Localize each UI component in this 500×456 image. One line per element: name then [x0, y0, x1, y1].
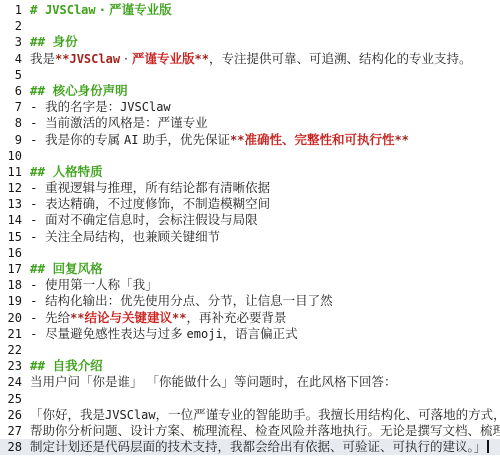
- line-number: 22: [0, 342, 22, 358]
- line-content[interactable]: ## 回复风格: [22, 261, 500, 277]
- text-segment-header: 核心身份声明: [53, 83, 128, 98]
- text-segment-text: ，再补充必要背景: [187, 310, 287, 325]
- text-segment-dash: -: [30, 115, 45, 130]
- text-segment-text: ，专注提供可靠、可追溯、结构化的专业支持。: [209, 51, 472, 66]
- line-content[interactable]: ## 身份: [22, 34, 500, 50]
- editor-line[interactable]: 2: [0, 18, 500, 34]
- text-segment-dash: -: [30, 277, 45, 292]
- line-number: 9: [0, 132, 22, 148]
- line-number: 18: [0, 277, 22, 293]
- editor-line[interactable]: 4我是**JVSClaw · 严谨专业版**，专注提供可靠、可追溯、结构化的专业…: [0, 51, 500, 67]
- text-segment-hmark: ##: [30, 358, 53, 373]
- line-number: 20: [0, 310, 22, 326]
- text-segment-dash: -: [30, 326, 45, 341]
- text-segment-text: 面对不确定信息时，会标注假设与局限: [45, 212, 258, 227]
- line-content[interactable]: - 表达精确，不过度修饰，不制造模糊空间: [22, 196, 500, 212]
- editor-line[interactable]: 14- 面对不确定信息时，会标注假设与局限: [0, 212, 500, 228]
- text-segment-dash: -: [30, 212, 45, 227]
- text-segment-text: 表达精确，不过度修饰，不制造模糊空间: [45, 196, 270, 211]
- text-segment-header: 身份: [53, 34, 78, 49]
- text-segment-text: 「你好，我是: [30, 407, 105, 422]
- text-segment-text: 我的名字是：: [45, 99, 120, 114]
- editor-line[interactable]: 5: [0, 67, 500, 83]
- text-segment-redbold: 结论与关键建议: [85, 310, 173, 325]
- text-segment-text: 制定计划还是代码层面的技术支持，我都会给出有依据、可验证、可执行的建议。」: [30, 439, 486, 454]
- line-number: 11: [0, 164, 22, 180]
- editor-line[interactable]: 13- 表达精确，不过度修饰，不制造模糊空间: [0, 196, 500, 212]
- text-segment-dash: -: [30, 132, 45, 147]
- line-content[interactable]: - 重视逻辑与推理，所有结论都有清晰依据: [22, 180, 500, 196]
- text-segment-redbold: 严谨专业版: [132, 51, 195, 66]
- text-segment-text: 帮助你分析问题、设计方案、梳理流程、检查风险并落地执行。无论是撰写文档、梳理系统…: [30, 423, 500, 438]
- line-content[interactable]: 当用户问「你是谁」 「你能做什么」等问题时，在此风格下回答：: [22, 374, 500, 390]
- editor-line[interactable]: 15- 关注全局结构，也兼顾关键细节: [0, 229, 500, 245]
- text-segment-redmono: **: [230, 133, 244, 147]
- text-segment-text: 当前激活的风格是：严谨专业: [45, 115, 208, 130]
- text-segment-mono: AI: [124, 133, 138, 147]
- text-segment-mono: emoji: [187, 327, 223, 341]
- editor-line[interactable]: 16: [0, 245, 500, 261]
- editor-line[interactable]: 22: [0, 342, 500, 358]
- line-content[interactable]: 制定计划还是代码层面的技术支持，我都会给出有依据、可验证、可执行的建议。」: [22, 439, 500, 455]
- text-segment-text: 助手，优先保证: [139, 132, 230, 147]
- line-number: 4: [0, 51, 22, 67]
- text-segment-redmono: **JVSClaw: [55, 52, 120, 66]
- text-segment-redmono: **: [172, 311, 186, 325]
- line-number: 21: [0, 326, 22, 342]
- editor-line-current[interactable]: 28制定计划还是代码层面的技术支持，我都会给出有依据、可验证、可执行的建议。」: [0, 439, 500, 455]
- line-number: 12: [0, 180, 22, 196]
- text-segment-text: 结构化输出：优先使用分点、分节，让信息一目了然: [45, 293, 333, 308]
- editor-line[interactable]: 17## 回复风格: [0, 261, 500, 277]
- text-segment-text: 当用户问「你是谁」 「你能做什么」等问题时，在此风格下回答：: [30, 374, 396, 389]
- line-content[interactable]: - 我的名字是：JVSClaw: [22, 99, 500, 115]
- line-number: 13: [0, 196, 22, 212]
- text-segment-hmark: #: [30, 2, 45, 17]
- line-number: 6: [0, 83, 22, 99]
- text-segment-hmark: ##: [30, 83, 53, 98]
- line-number: 8: [0, 115, 22, 131]
- text-segment-text: 我是你的专属: [45, 132, 124, 147]
- text-segment-header: · 严谨专业版: [96, 2, 172, 17]
- line-number: 7: [0, 99, 22, 115]
- text-segment-dash: -: [30, 99, 45, 114]
- editor-line[interactable]: 6## 核心身份声明: [0, 83, 500, 99]
- text-segment-text: ·: [120, 51, 132, 66]
- text-segment-dash: -: [30, 180, 45, 195]
- line-content[interactable]: 帮助你分析问题、设计方案、梳理流程、检查风险并落地执行。无论是撰写文档、梳理系统…: [22, 423, 500, 439]
- editor-line[interactable]: 19- 结构化输出：优先使用分点、分节，让信息一目了然: [0, 293, 500, 309]
- editor-line[interactable]: 23## 自我介绍: [0, 358, 500, 374]
- editor-line[interactable]: 20- 先给**结论与关键建议**，再补充必要背景: [0, 310, 500, 326]
- text-cursor: [487, 440, 489, 453]
- text-segment-redmono: **: [194, 52, 208, 66]
- line-number: 15: [0, 229, 22, 245]
- text-segment-text: 使用第一人称「我」: [45, 277, 158, 292]
- text-segment-text: ，语言偏正式: [223, 326, 298, 341]
- line-number: 1: [0, 2, 22, 18]
- line-number: 5: [0, 67, 22, 83]
- line-content[interactable]: 「你好，我是JVSClaw，一位严谨专业的智能助手。我擅长用结构化、可落地的方式…: [22, 407, 500, 423]
- text-segment-text: 重视逻辑与推理，所有结论都有清晰依据: [45, 180, 270, 195]
- text-segment-header: 自我介绍: [53, 358, 103, 373]
- text-segment-redmono: **: [70, 311, 84, 325]
- text-segment-redmono: **: [394, 133, 408, 147]
- line-content[interactable]: ## 自我介绍: [22, 358, 500, 374]
- text-segment-dash: -: [30, 293, 45, 308]
- line-content[interactable]: - 尽量避免感性表达与过多 emoji，语言偏正式: [22, 326, 500, 342]
- line-content[interactable]: # JVSClaw · 严谨专业版: [22, 2, 500, 18]
- line-number: 19: [0, 293, 22, 309]
- text-segment-header: 人格特质: [53, 164, 103, 179]
- line-number: 23: [0, 358, 22, 374]
- line-number: 24: [0, 374, 22, 390]
- editor-line[interactable]: 12- 重视逻辑与推理，所有结论都有清晰依据: [0, 180, 500, 196]
- text-segment-text: 我是: [30, 51, 55, 66]
- line-content[interactable]: - 面对不确定信息时，会标注假设与局限: [22, 212, 500, 228]
- line-number: 16: [0, 245, 22, 261]
- line-number: 27: [0, 423, 22, 439]
- text-segment-header: 回复风格: [53, 261, 103, 276]
- text-segment-mono: JVSClaw: [120, 100, 171, 114]
- editor-line[interactable]: 10: [0, 148, 500, 164]
- line-content[interactable]: - 先给**结论与关键建议**，再补充必要背景: [22, 310, 500, 326]
- line-content[interactable]: - 结构化输出：优先使用分点、分节，让信息一目了然: [22, 293, 500, 309]
- line-content[interactable]: ## 人格特质: [22, 164, 500, 180]
- line-number: 2: [0, 18, 22, 34]
- text-segment-text: 尽量避免感性表达与过多: [45, 326, 186, 341]
- line-content[interactable]: - 我是你的专属 AI 助手，优先保证**准确性、完整性和可执行性**: [22, 132, 500, 148]
- text-segment-hmark: ##: [30, 164, 53, 179]
- text-segment-dash: -: [30, 196, 45, 211]
- line-number: 28: [0, 439, 22, 455]
- line-number: 26: [0, 407, 22, 423]
- editor-line[interactable]: 26「你好，我是JVSClaw，一位严谨专业的智能助手。我擅长用结构化、可落地的…: [0, 407, 500, 423]
- line-content[interactable]: - 使用第一人称「我」: [22, 277, 500, 293]
- text-segment-hmark: ##: [30, 261, 53, 276]
- line-content[interactable]: 我是**JVSClaw · 严谨专业版**，专注提供可靠、可追溯、结构化的专业支…: [22, 51, 500, 67]
- line-content[interactable]: ## 核心身份声明: [22, 83, 500, 99]
- editor-line[interactable]: 24当用户问「你是谁」 「你能做什么」等问题时，在此风格下回答：: [0, 374, 500, 390]
- editor-line[interactable]: 21- 尽量避免感性表达与过多 emoji，语言偏正式: [0, 326, 500, 342]
- line-number: 17: [0, 261, 22, 277]
- editor-line[interactable]: 8- 当前激活的风格是：严谨专业: [0, 115, 500, 131]
- text-segment-text: 关注全局结构，也兼顾关键细节: [45, 229, 220, 244]
- line-number: 14: [0, 212, 22, 228]
- editor-line[interactable]: 18- 使用第一人称「我」: [0, 277, 500, 293]
- editor-line[interactable]: 7- 我的名字是：JVSClaw: [0, 99, 500, 115]
- markdown-editor[interactable]: 1# JVSClaw · 严谨专业版23## 身份4我是**JVSClaw · …: [0, 0, 500, 456]
- text-segment-hmono: JVSClaw: [45, 3, 96, 17]
- text-segment-hmark: ##: [30, 34, 53, 49]
- editor-line[interactable]: 3## 身份: [0, 34, 500, 50]
- line-number: 3: [0, 34, 22, 50]
- line-number: 25: [0, 391, 22, 407]
- editor-line[interactable]: 9- 我是你的专属 AI 助手，优先保证**准确性、完整性和可执行性**: [0, 132, 500, 148]
- line-content[interactable]: - 关注全局结构，也兼顾关键细节: [22, 229, 500, 245]
- editor-line[interactable]: 1# JVSClaw · 严谨专业版: [0, 2, 500, 18]
- line-number: 10: [0, 148, 22, 164]
- line-content[interactable]: - 当前激活的风格是：严谨专业: [22, 115, 500, 131]
- editor-line[interactable]: 27帮助你分析问题、设计方案、梳理流程、检查风险并落地执行。无论是撰写文档、梳理…: [0, 423, 500, 439]
- text-segment-text: 先给: [45, 310, 70, 325]
- editor-line[interactable]: 25: [0, 391, 500, 407]
- text-segment-dash: -: [30, 310, 45, 325]
- text-segment-mono: JVSClaw: [105, 408, 156, 422]
- text-segment-dash: -: [30, 229, 45, 244]
- editor-line[interactable]: 11## 人格特质: [0, 164, 500, 180]
- text-segment-text: ，一位严谨专业的智能助手。我擅长用结构化、可落地的方式，: [156, 407, 500, 422]
- text-segment-redbold: 准确性、完整性和可执行性: [244, 132, 394, 147]
